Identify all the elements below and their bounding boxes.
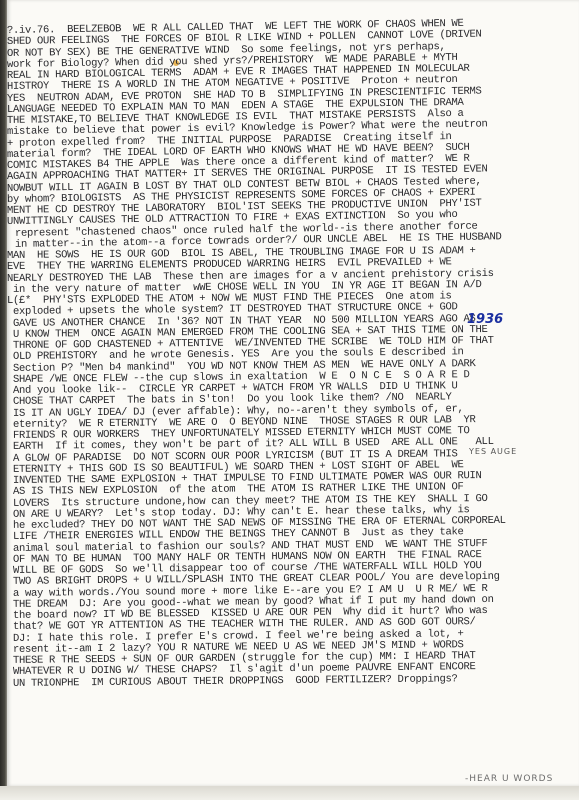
handwritten-margin-note: YES AUGE — [469, 447, 517, 456]
handwritten-footer-note: -HEAR U WORDS — [465, 774, 553, 784]
handwritten-year-note: 1936 — [467, 312, 503, 327]
binder-edge — [0, 0, 7, 800]
page-bottom-edge — [0, 786, 579, 800]
typed-page: ?.iv.76. BEELZEBOB WE R ALL CALLED THAT … — [7, 0, 579, 786]
typed-text-lines: ?.iv.76. BEELZEBOB WE R ALL CALLED THAT … — [7, 26, 579, 690]
